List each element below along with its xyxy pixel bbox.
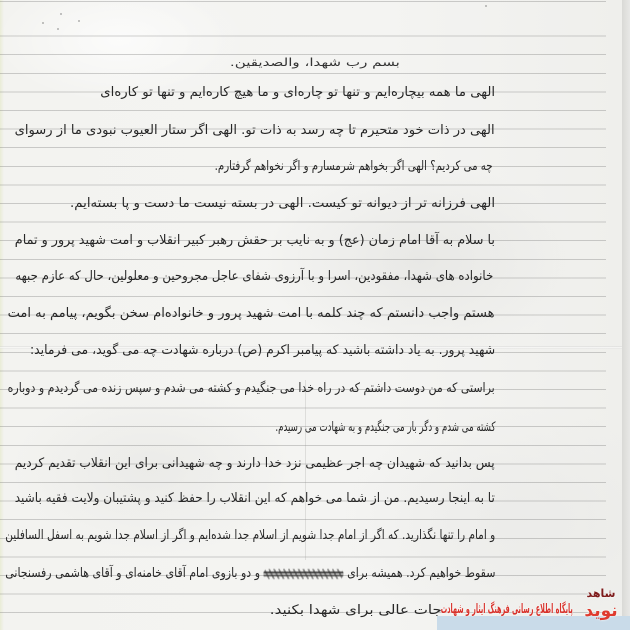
- navid-shahed-logo: شاهد نوید: [574, 587, 628, 627]
- letter-line: شهید پرور. به یاد داشته باشید که پیامبر …: [30, 339, 495, 361]
- letter-line: الهی فرزانه تر از دیوانه تو کیست. الهی د…: [70, 192, 495, 214]
- paper-speck: [42, 22, 44, 24]
- paper-speck: [57, 28, 59, 30]
- letter-line-with-strikeout: سقوط خواهیم کرد. همیشه برایو دو بازوی ام…: [5, 563, 495, 585]
- letter-line: تا به اینجا رسیدیم. من از شما می خواهم ک…: [15, 487, 495, 509]
- letter-line: براستی که من دوست داشتم که در راه خدا می…: [8, 377, 495, 399]
- watermark-site-name: پایگاه اطلاع رسانی فرهنگ ایثار و شهادت: [441, 598, 573, 620]
- letter-line: هستم واجب دانستم که چند کلمه با امت شهید…: [8, 302, 495, 324]
- letter-line: و امام را تنها نگذارید. که اگر از امام ج…: [5, 524, 495, 546]
- letter-heading: بسم رب شهدا، والصدیقین.: [230, 51, 400, 73]
- crossed-out-text: [263, 569, 343, 579]
- letter-line: پس بدانید که شهیدان چه اجر عظیمی نزد خدا…: [15, 452, 495, 474]
- paper-speck: [485, 5, 487, 7]
- letter-line: کشته می شدم و دگر بار می جنگیدم و به شها…: [275, 416, 495, 438]
- letter-line: خانواده های شهدا، مفقودین، اسرا و با آرز…: [15, 265, 493, 287]
- letter-line: چه می کردیم؟ الهی اگر بخواهم شرمسارم و ا…: [215, 155, 493, 177]
- letter-line: الهی ما همه بیچاره‌ایم و تنها تو چاره‌ای…: [100, 81, 495, 103]
- paper-speck: [78, 20, 80, 22]
- paper-speck: [60, 13, 62, 15]
- paper-edge: [622, 0, 630, 630]
- letter-line: با سلام به آقا امام زمان (عج) و به نایب …: [15, 229, 495, 251]
- letter-line: سقوط خواهیم کرد. همیشه برایو دو بازوی ام…: [5, 562, 495, 584]
- letter-line: الهی در ذات خود متحیرم تا چه رسد به ذات …: [15, 119, 495, 141]
